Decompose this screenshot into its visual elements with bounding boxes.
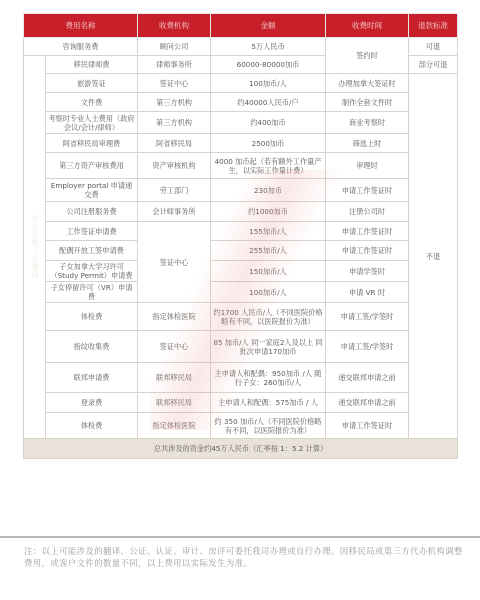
fee-amount: 255加币/人 [211,241,326,261]
fee-name: 配偶开放工签申请费 [46,241,138,261]
fee-time: 商业考察时 [326,112,409,134]
fee-org: 律师事务所 [138,56,211,74]
divider [0,536,480,538]
fee-name: 登录费 [46,393,138,413]
fee-amount: 4000 加币起（若有额外工作量产生，以实际工作量计费） [211,153,326,179]
table-row: 子女停留许可（VR）申请费 100加币/人 申请 VR 时 [24,282,458,303]
fee-name: 文件费 [46,93,138,112]
fee-refund: 部分可退 [409,56,458,74]
category-side-label: 官方及第三方费用 [24,56,46,439]
header-refund: 退款标准 [409,14,458,38]
fee-org: 签证中心 [138,331,211,363]
fee-time: 申请工作签证时 [326,413,409,439]
fee-name: 咨询服务费 [24,38,138,56]
fee-name: 第三方资产审核费用 [46,153,138,179]
table-row: 配偶开放工签申请费 255加币/人 申请工作签证时 [24,241,458,261]
fee-amount: 约1700 人民币/人（不同医院价格略有不同，以医院报价为准） [211,303,326,331]
fee-org: 联邦移民局 [138,363,211,393]
fee-amount: 100加币/人 [211,282,326,303]
fee-org: 劳工部门 [138,179,211,202]
table-row: 文件费 第三方机构 约40000人民币/户 制作全套文件时 [24,93,458,112]
table-row: 公司注册服务费 会计师事务所 约1000加币 注册公司时 [24,202,458,222]
fee-time: 注册公司时 [326,202,409,222]
fee-time: 递交联邦申请之前 [326,363,409,393]
table-row: 咨询服务费 顾问公司 5万人民币 签约时 可退 [24,38,458,56]
fee-name: 阿省移民局审理费 [46,134,138,153]
fee-org: 指定体检医院 [138,303,211,331]
fee-amount: 约400加币 [211,112,326,134]
fee-org: 签证中心 [138,74,211,93]
fee-table: 费用名称 收费机构 金额 收费时间 退款标准 咨询服务费 顾问公司 5万人民币 … [23,13,458,459]
fee-org: 阿省移民局 [138,134,211,153]
fee-amount: 约 350 加币/人（不同医院价格略有不同，以医院报价为准） [211,413,326,439]
header-time: 收费时间 [326,14,409,38]
fee-org: 资产审核机构 [138,153,211,179]
fee-name: 公司注册服务费 [46,202,138,222]
fee-amount: 5万人民币 [211,38,326,56]
fee-time: 制作全套文件时 [326,93,409,112]
table-row: Employer portal 申请递交费 劳工部门 230加币 申请工作签证时 [24,179,458,202]
fee-time: 申请 VR 时 [326,282,409,303]
fee-name: 子女加拿大学习许可（Study Permit）申请费 [46,261,138,282]
fee-time: 递交联邦申请之前 [326,393,409,413]
fee-org: 顾问公司 [138,38,211,56]
table-row: 指纹收集费 签证中心 85 加币/人 同一家庭2人及以上 同批次申请170加币 … [24,331,458,363]
fee-amount: 约1000加币 [211,202,326,222]
header-amount: 金额 [211,14,326,38]
fee-name: 联邦申请费 [46,363,138,393]
fee-time: 申请工签/学签时 [326,331,409,363]
table-row: 联邦申请费 联邦移民局 主申请人和配偶：950加币 /人 随行子女：260加币/… [24,363,458,393]
table-row: 工作签证申请费 签证中心 155加币/人 申请工作签证时 [24,222,458,241]
header-fee-name: 费用名称 [24,14,138,38]
fee-name: 体检费 [46,413,138,439]
fee-amount: 100加币/人 [211,74,326,93]
fee-name: 考察时专业人士费用（政府会议/会计/律师） [46,112,138,134]
fee-time: 筛选上时 [326,134,409,153]
fee-amount: 主申请人和配偶：575加币 / 人 [211,393,326,413]
total-row: 总共涉及的资金约45万人民币（汇率按 1：5.2 计算） [24,439,458,459]
fee-amount: 约40000人民币/户 [211,93,326,112]
fee-name: 移民律师费 [46,56,138,74]
fee-time: 申请学签时 [326,261,409,282]
table-row: 子女加拿大学习许可（Study Permit）申请费 150加币/人 申请学签时 [24,261,458,282]
table-header-row: 费用名称 收费机构 金额 收费时间 退款标准 [24,14,458,38]
fee-time: 审理时 [326,153,409,179]
fee-time: 申请工签/学签时 [326,303,409,331]
fee-amount: 主申请人和配偶：950加币 /人 随行子女：260加币/人 [211,363,326,393]
table-row: 体检费 指定体检医院 约 350 加币/人（不同医院价格略有不同，以医院报价为准… [24,413,458,439]
fee-amount: 155加币/人 [211,222,326,241]
fee-amount: 85 加币/人 同一家庭2人及以上 同批次申请170加币 [211,331,326,363]
fee-org: 第三方机构 [138,93,211,112]
fee-amount: 2500加币 [211,134,326,153]
fee-org: 第三方机构 [138,112,211,134]
fee-name: 体检费 [46,303,138,331]
fee-time: 办理加拿大签证时 [326,74,409,93]
fee-name: 旅游签证 [46,74,138,93]
fee-name: 子女停留许可（VR）申请费 [46,282,138,303]
table-row: 旅游签证 签证中心 100加币/人 办理加拿大签证时 不退 [24,74,458,93]
fee-name: Employer portal 申请递交费 [46,179,138,202]
total-summary: 总共涉及的资金约45万人民币（汇率按 1：5.2 计算） [24,439,458,459]
table-row: 体检费 指定体检医院 约1700 人民币/人（不同医院价格略有不同，以医院报价为… [24,303,458,331]
fee-amount: 60000-80000加币 [211,56,326,74]
fee-org: 签证中心 [138,222,211,303]
fee-amount: 230加币 [211,179,326,202]
fee-org: 指定体检医院 [138,413,211,439]
fee-amount: 150加币/人 [211,261,326,282]
table-row: 登录费 联邦移民局 主申请人和配偶：575加币 / 人 递交联邦申请之前 [24,393,458,413]
fee-time: 签约时 [326,38,409,74]
table-row: 第三方资产审核费用 资产审核机构 4000 加币起（若有额外工作量产生，以实际工… [24,153,458,179]
fee-time: 申请工作签证时 [326,222,409,241]
fee-refund: 可退 [409,38,458,56]
table-row: 考察时专业人士费用（政府会议/会计/律师） 第三方机构 约400加币 商业考察时 [24,112,458,134]
fee-name: 指纹收集费 [46,331,138,363]
fee-time: 申请工作签证时 [326,241,409,261]
fee-refund: 不退 [409,74,458,439]
fee-org: 联邦移民局 [138,393,211,413]
fee-time: 申请工作签证时 [326,179,409,202]
fee-org: 会计师事务所 [138,202,211,222]
fee-name: 工作签证申请费 [46,222,138,241]
footnote: 注：以上可能涉及的翻译、公证、认证、审计、房评可委托我司办理或自行办理。因移民局… [24,545,464,569]
table-row: 阿省移民局审理费 阿省移民局 2500加币 筛选上时 [24,134,458,153]
header-org: 收费机构 [138,14,211,38]
